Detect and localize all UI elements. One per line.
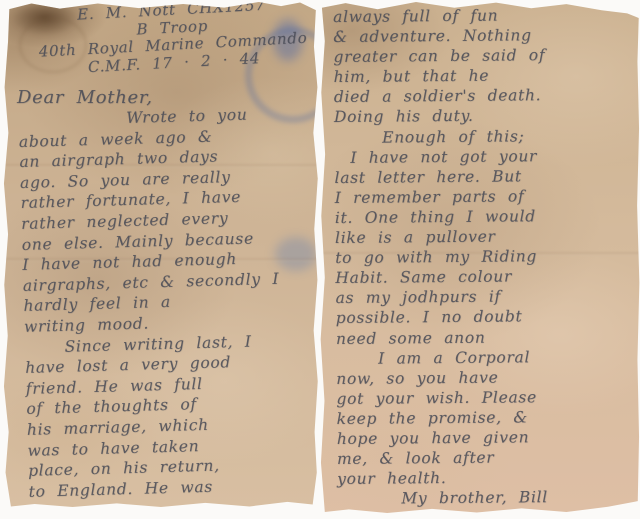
handwriting-line: Doing his duty. [334,105,639,128]
handwriting-line: greater can be said of [333,45,638,68]
letter-left-page: E. M. Nott CHX1257B Troop40th Royal Mari… [3,1,319,508]
handwriting-line: always full of fun [333,4,638,27]
handwriting-line: I am a Corporal [378,346,640,368]
handwriting-line: your health. [337,466,640,489]
handwriting-line: it. One thing I would [335,205,640,228]
letter-right-page: always full of fun& adventure. Nothinggr… [320,0,640,514]
handwriting-line: I remember parts of [335,185,640,208]
handwriting-line: possible. I no doubt [336,306,640,329]
handwriting-line: now, so you have [336,366,640,389]
handwriting-line: died a soldier's death. [334,85,639,108]
letter-photo: E. M. Nott CHX1257B Troop40th Royal Mari… [0,0,640,519]
handwriting-line: Habit. Same colour [335,266,640,289]
handwriting-line: me, & look after [337,446,640,469]
handwriting-line: I have not got your [350,145,639,168]
right-page-body: always full of fun& adventure. Nothinggr… [333,4,640,509]
handwriting-line: got your wish. Please [336,386,640,409]
handwriting-line: hope you have given [337,426,640,449]
handwriting-line: last letter here. But [334,165,639,188]
handwriting-line: My brother, Bill [401,487,640,509]
handwriting-line: like is a pullover [335,225,640,248]
handwriting-line: Enough of this; [382,125,639,147]
handwriting-line: as my jodhpurs if [335,286,640,309]
left-page-body: Wrote to youabout a week ago &an airgrap… [18,103,319,503]
handwriting-line: to go with my Riding [335,245,640,268]
handwriting-line: him, but that he [334,65,639,88]
handwriting-line: & adventure. Nothing [333,24,638,47]
handwriting-line: need some anon [336,326,640,349]
salutation: Dear Mother, [17,87,153,108]
handwriting-line: keep the promise, & [337,406,640,429]
